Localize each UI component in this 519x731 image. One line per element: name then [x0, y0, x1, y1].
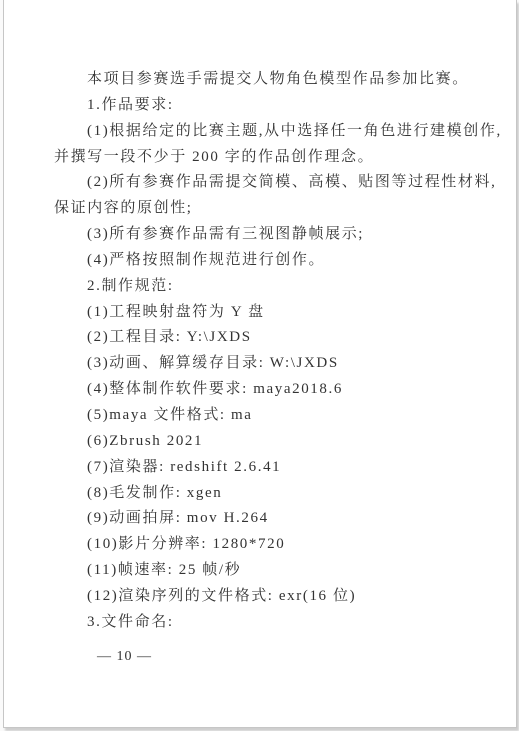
doc-line: (5)maya 文件格式: ma [54, 403, 476, 429]
doc-line: (1)工程映射盘符为 Y 盘 [54, 300, 476, 326]
document-body: 本项目参赛选手需提交人物角色模型作品参加比赛。 1.作品要求: (1)根据给定的… [4, 0, 516, 669]
doc-line: (9)动画拍屏: mov H.264 [54, 506, 476, 532]
doc-line: 2.制作规范: [54, 274, 476, 300]
doc-line: (8)毛发制作: xgen [54, 481, 476, 507]
doc-line: (3)所有参赛作品需有三视图静帧展示; [54, 222, 476, 248]
document-page: 本项目参赛选手需提交人物角色模型作品参加比赛。 1.作品要求: (1)根据给定的… [3, 0, 517, 728]
doc-line: (4)整体制作软件要求: maya2018.6 [54, 377, 476, 403]
doc-line: (12)渲染序列的文件格式: exr(16 位) [54, 584, 476, 610]
doc-line: (4)严格按照制作规范进行创作。 [54, 248, 476, 274]
page-number: — 10 — [54, 644, 476, 669]
doc-line: (2)所有参赛作品需提交简模、高模、贴图等过程性材料, [54, 170, 476, 196]
doc-line: (1)根据给定的比赛主题,从中选择任一角色进行建模创作, [54, 119, 476, 145]
doc-line: 保证内容的原创性; [54, 196, 476, 222]
doc-line: (10)影片分辨率: 1280*720 [54, 532, 476, 558]
doc-line: (7)渲染器: redshift 2.6.41 [54, 455, 476, 481]
doc-line: 并撰写一段不少于 200 字的作品创作理念。 [54, 145, 476, 171]
doc-line: (6)Zbrush 2021 [54, 429, 476, 455]
doc-line: (11)帧速率: 25 帧/秒 [54, 558, 476, 584]
doc-line: (3)动画、解算缓存目录: W:\JXDS [54, 351, 476, 377]
doc-line: 1.作品要求: [54, 93, 476, 119]
doc-line: 3.文件命名: [54, 610, 476, 636]
doc-line: 本项目参赛选手需提交人物角色模型作品参加比赛。 [54, 67, 476, 93]
doc-line: (2)工程目录: Y:\JXDS [54, 325, 476, 351]
